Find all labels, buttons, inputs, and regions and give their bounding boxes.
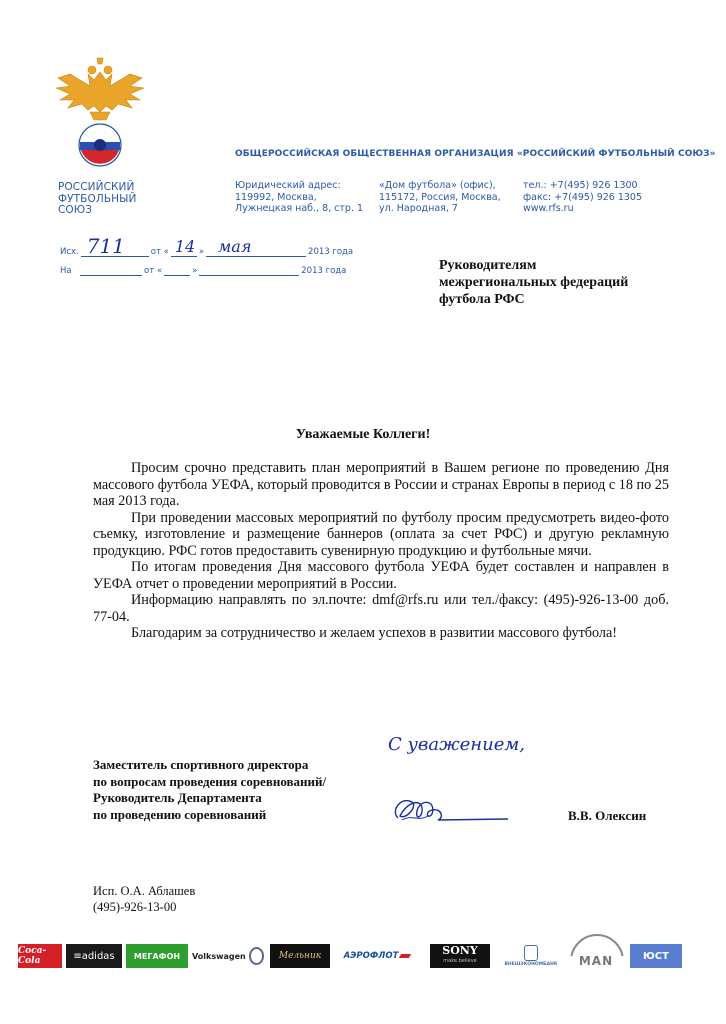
address-line: 119992, Москва,	[235, 192, 363, 204]
year-label: 2013 года	[301, 266, 346, 276]
volkswagen-logo-icon: Volkswagen	[192, 944, 264, 968]
office-address: «Дом футбола» (офис), 115172, Россия, Мо…	[379, 180, 501, 215]
out-number: 711	[87, 234, 125, 258]
quote: »	[192, 266, 197, 276]
address-line: «Дом футбола» (офис),	[379, 180, 501, 192]
org-full-name: ОБЩЕРОССИЙСКАЯ ОБЩЕСТВЕННАЯ ОРГАНИЗАЦИЯ …	[235, 149, 716, 159]
position-line: Руководитель Департамента	[93, 790, 326, 807]
address-line: ул. Народная, 7	[379, 203, 501, 215]
sponsor-logos: Coca-Cola ≡adidas МЕГАФОН Volkswagen Мел…	[18, 944, 708, 974]
position-line: Заместитель спортивного директора	[93, 757, 326, 774]
logo-text: Coca-Cola	[18, 946, 62, 966]
executor: Исп. О.А. Аблашев (495)-926-13-00	[93, 883, 195, 915]
address-line: 115172, Россия, Москва,	[379, 192, 501, 204]
paragraph: Просим срочно представить план мероприят…	[93, 460, 669, 510]
paragraph: При проведении массовых мероприятий по ф…	[93, 510, 669, 560]
contacts: тел.: +7(495) 926 1300 факс: +7(495) 926…	[523, 180, 642, 215]
paragraph: Благодарим за сотрудничество и желаем ус…	[93, 625, 669, 642]
recipient-line: футбола РФС	[439, 291, 628, 308]
day-field	[164, 263, 190, 276]
melnik-logo-icon: Мельник	[270, 944, 330, 968]
position-line: по проведению соревнований	[93, 807, 326, 824]
from-label: от «	[144, 266, 162, 276]
org-name-line: РОССИЙСКИЙ	[58, 182, 136, 194]
fax: факс: +7(495) 926 1305	[523, 192, 642, 204]
signer-position: Заместитель спортивного директора по воп…	[93, 757, 326, 823]
legal-address: Юридический адрес: 119992, Москва, Лужне…	[235, 180, 363, 215]
from-label: от «	[151, 247, 169, 257]
logo-text: MAN	[579, 954, 613, 968]
executor-phone: (495)-926-13-00	[93, 899, 195, 915]
veb-logo-icon: ВНЕШЭКОНОМБАНК	[498, 944, 564, 968]
org-short-name: РОССИЙСКИЙ ФУТБОЛЬНЫЙ СОЮЗ	[58, 182, 136, 217]
in-label: На	[60, 266, 78, 276]
yust-logo-icon: ЮСТ	[630, 944, 682, 968]
day-field: 14	[171, 244, 197, 257]
logo-text: ≡adidas	[73, 951, 114, 962]
outgoing-ref-line: Исх. 711 от « 14 » мая 2013 года	[60, 243, 353, 257]
address-line: Лужнецкая наб., 8, стр. 1	[235, 203, 363, 215]
coca-cola-logo-icon: Coca-Cola	[18, 944, 62, 968]
out-number-field: 711	[81, 244, 149, 257]
greeting: Уважаемые Коллеги!	[0, 427, 726, 443]
executor-name: Исп. О.А. Аблашев	[93, 883, 195, 899]
aeroflot-logo-icon: АЭРОФЛОТ	[336, 944, 418, 968]
rfs-emblem-icon	[50, 52, 150, 172]
day-value: 14	[175, 237, 195, 256]
man-logo-icon: MAN	[568, 934, 624, 968]
address-line: Юридический адрес:	[235, 180, 363, 192]
month-value: мая	[218, 237, 251, 256]
month-field	[199, 263, 299, 276]
logo-text: ВНЕШЭКОНОМБАНК	[504, 962, 557, 967]
logo-text: Volkswagen	[192, 952, 246, 961]
paragraph: По итогам проведения Дня массового футбо…	[93, 559, 669, 592]
position-line: по вопросам проведения соревнований/	[93, 774, 326, 791]
adidas-logo-icon: ≡adidas	[66, 944, 122, 968]
year-label: 2013 года	[308, 247, 353, 257]
website-link[interactable]: www.rfs.ru	[523, 203, 642, 215]
letter-body: Просим срочно представить план мероприят…	[93, 460, 669, 642]
incoming-ref-line: На от « » 2013 года	[60, 262, 346, 276]
recipient: Руководителям межрегиональных федераций …	[439, 257, 628, 308]
logo-text: АЭРОФЛОТ	[344, 951, 399, 961]
month-field: мая	[206, 244, 306, 257]
handwritten-signature-icon	[388, 790, 513, 830]
logo-text: Мельник	[279, 951, 321, 961]
logo-text: МЕГАФОН	[134, 952, 180, 961]
recipient-line: Руководителям	[439, 257, 628, 274]
paragraph: Информацию направлять по эл.почте: dmf@r…	[93, 592, 669, 625]
signer-name: В.В. Олексин	[568, 808, 646, 824]
handwritten-closing: С уважением,	[388, 734, 525, 755]
quote: »	[199, 247, 204, 257]
in-number-field	[80, 263, 142, 276]
logo-subtext: make.believe	[443, 956, 476, 966]
org-name-line: СОЮЗ	[58, 205, 136, 217]
out-label: Исх.	[60, 247, 79, 257]
phone: тел.: +7(495) 926 1300	[523, 180, 642, 192]
logo-text: SONY	[442, 946, 477, 956]
recipient-line: межрегиональных федераций	[439, 274, 628, 291]
megafon-logo-icon: МЕГАФОН	[126, 944, 188, 968]
logo-text: ЮСТ	[643, 951, 669, 962]
sony-logo-icon: SONYmake.believe	[430, 944, 490, 968]
